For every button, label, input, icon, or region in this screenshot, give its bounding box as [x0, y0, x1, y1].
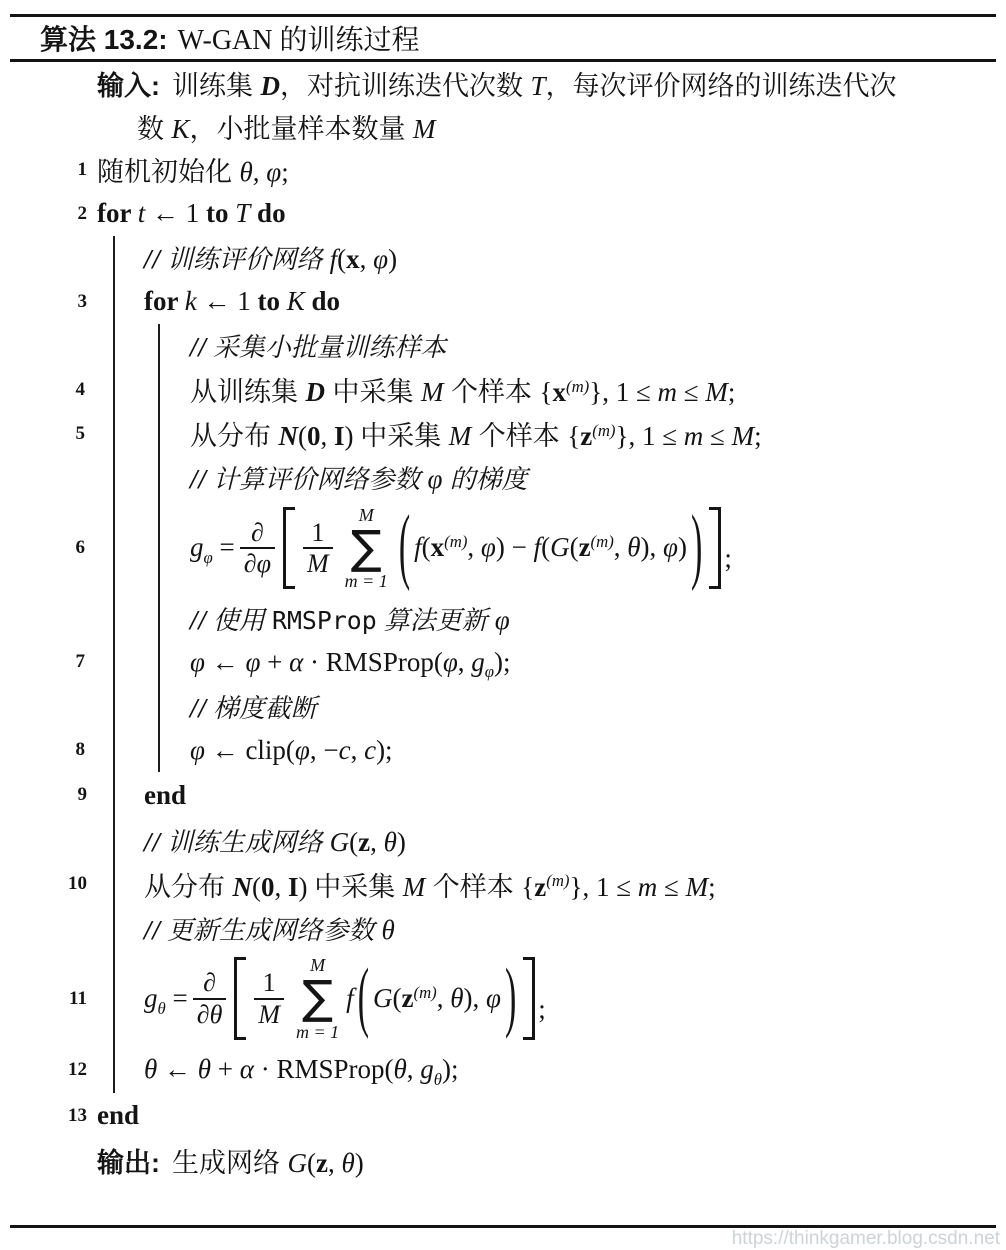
input-text-1: 训练集 D，对抗训练迭代次数 T，每次评价网络的训练迭代次 — [172, 64, 897, 103]
token: f — [534, 532, 542, 562]
comment-compute-critic-gradient: //计算评价网络参数 φ 的梯度 — [190, 456, 1006, 500]
line-content-4: 从训练集 D 中采集 M 个样本 {x(m)}, 1 ≤ m ≤ M; — [190, 370, 735, 409]
input-line-2: 数 K，小批量样本数量 M — [137, 105, 1006, 148]
line-number-6: 6 — [5, 537, 85, 559]
token: // — [190, 464, 207, 494]
token: g — [420, 1054, 434, 1084]
formula-11-inner: G(z(m), θ), φ — [373, 983, 501, 1014]
token: 训练评价网络 — [167, 246, 330, 274]
comment-update-generator-params: //更新生成网络参数 θ — [144, 906, 1006, 950]
formula-11-lhs: gθ = — [144, 983, 188, 1014]
line-content-9: end — [144, 780, 186, 811]
token: M — [413, 114, 436, 144]
token: z — [316, 1148, 328, 1178]
token: ); — [376, 735, 393, 765]
line-content-7: φ ← φ + α · RMSProp(φ, gφ); — [190, 647, 511, 678]
algo-line-4: 4 从训练集 D 中采集 M 个样本 {x(m)}, 1 ≤ m ≤ M; — [190, 368, 1006, 412]
comment-sample-minibatch: //采集小批量训练样本 — [190, 324, 1006, 368]
token: 0 — [307, 421, 321, 451]
line-number-2: 2 — [7, 203, 87, 225]
token: φ — [295, 735, 310, 765]
token: ≤ — [657, 872, 685, 902]
token: + — [260, 647, 289, 677]
token: ) − — [496, 532, 534, 562]
one-over-m-fraction: 1 M — [303, 518, 333, 579]
token: φ — [443, 647, 458, 677]
token: φ — [481, 532, 496, 562]
token: f — [346, 983, 354, 1013]
algo-line-1: 1 随机初始化 θ, φ; — [97, 148, 1006, 192]
token: // — [144, 827, 161, 857]
token: 0 — [261, 872, 275, 902]
token: = — [213, 532, 235, 562]
input-text-2: 数 K，小批量样本数量 M — [137, 107, 436, 146]
token: · RMSProp( — [254, 1054, 394, 1084]
token: { — [521, 872, 534, 902]
token: 梯度截断 — [213, 695, 317, 723]
line-number-10: 10 — [7, 873, 87, 895]
token: c — [339, 735, 351, 765]
token: · RMSProp( — [303, 647, 443, 677]
token: ( — [252, 872, 261, 902]
line-number-9: 9 — [7, 784, 87, 806]
token: // — [190, 605, 207, 635]
token: M — [421, 377, 444, 407]
token: ( — [422, 532, 431, 562]
token: W-GAN — [178, 25, 280, 56]
token: , — [351, 735, 365, 765]
line-content-2: for t ← 1 to T do — [97, 198, 286, 229]
token: 个样本 — [471, 421, 567, 451]
token: G — [373, 983, 393, 1013]
algorithm-title-row: 算法 13.2: W-GAN 的训练过程 — [0, 17, 1006, 59]
for-k-block: //采集小批量训练样本 4 从训练集 D 中采集 M 个样本 {x(m)}, 1… — [158, 324, 1006, 773]
algorithm-body: 1 随机初始化 θ, φ; 2 for t ← 1 to T do //训练评价… — [97, 148, 1006, 1139]
token: ← — [157, 1054, 198, 1084]
summation: M ∑ m = 1 — [296, 956, 339, 1041]
token: ( — [337, 244, 346, 274]
semicolon: ; — [724, 543, 732, 590]
token: // — [144, 244, 161, 274]
token: + — [211, 1054, 240, 1084]
algo-line-6-critic-gradient-formula: 6 gφ = ∂ ∂φ 1 M — [190, 500, 1006, 597]
token: { — [540, 377, 553, 407]
token: for — [144, 286, 185, 316]
token: K — [172, 114, 190, 144]
token: ，每次评价网络的训练迭代次 — [546, 71, 897, 101]
token: φ — [190, 735, 205, 765]
token: θ, φ — [240, 157, 282, 187]
partial-derivative-fraction: ∂ ∂φ — [240, 518, 275, 579]
big-right-paren: ) — [691, 500, 702, 595]
token: 的梯度 — [442, 466, 527, 494]
token: 使用 — [213, 607, 272, 635]
input-line-1: 输入: 训练集 D，对抗训练迭代次数 T，每次评价网络的训练迭代次 — [97, 62, 1006, 105]
output-block: 输出: 生成网络 G(z, θ) — [97, 1139, 1006, 1183]
token: , — [407, 1054, 421, 1084]
token: G — [288, 1148, 308, 1178]
algo-line-3-for-k: 3 for k ← 1 to K do — [144, 280, 1006, 324]
token: (m) — [591, 532, 614, 551]
token: ) — [355, 1148, 364, 1178]
token: ) — [299, 872, 315, 902]
token: end — [144, 780, 186, 810]
token: M — [403, 872, 426, 902]
token: 计算评价网络参数 — [213, 466, 427, 494]
token: 生成网络 — [172, 1148, 288, 1178]
token: for — [97, 198, 138, 228]
token: do — [257, 198, 286, 228]
token: ← — [205, 647, 246, 677]
algorithm-box: 算法 13.2: W-GAN 的训练过程 输入: 训练集 D，对抗训练迭代次数 … — [0, 0, 1006, 1250]
token: f — [414, 532, 422, 562]
token: 算法更新 — [377, 607, 495, 635]
token: m — [638, 872, 658, 902]
token: = — [166, 983, 188, 1013]
token: ), — [641, 532, 664, 562]
token: x — [553, 377, 567, 407]
line-number-11: 11 — [7, 988, 87, 1010]
token: (m) — [414, 983, 437, 1002]
algo-line-7: 7 φ ← φ + α · RMSProp(φ, gφ); — [190, 640, 1006, 684]
token: 中采集 — [314, 872, 403, 902]
token: φ — [245, 647, 260, 677]
input-block: 输入: 训练集 D，对抗训练迭代次数 T，每次评价网络的训练迭代次 数 K，小批… — [97, 62, 1006, 148]
token: c — [364, 735, 376, 765]
token: ( — [349, 827, 358, 857]
formula-6-inner: f(x(m), φ) − f(G(z(m), θ), φ) — [414, 532, 687, 563]
summation: M ∑ m = 1 — [345, 506, 388, 591]
token: 从训练集 — [190, 377, 306, 407]
token: φ — [663, 532, 678, 562]
token: I — [288, 872, 299, 902]
token: , — [360, 244, 374, 274]
token: D — [261, 71, 281, 101]
input-label: 输入: — [97, 64, 160, 103]
token: 从分布 — [144, 872, 233, 902]
sigma-symbol: ∑ — [302, 976, 333, 1020]
token: z — [534, 872, 546, 902]
comment-rmsprop-update-phi: //使用 RMSProp 算法更新 φ — [190, 596, 1006, 640]
token: } — [570, 872, 583, 902]
token: α — [240, 1054, 254, 1084]
algo-line-10: 10 从分布 N(0, I) 中采集 M 个样本 {z(m)}, 1 ≤ m ≤… — [144, 862, 1006, 906]
token: θ — [627, 532, 640, 562]
token: D — [306, 377, 326, 407]
line-content-3: for k ← 1 to K do — [144, 286, 340, 317]
token: ，小批量样本数量 — [190, 114, 414, 144]
token: do — [312, 286, 341, 316]
token: I — [334, 421, 345, 451]
token: M — [705, 377, 728, 407]
token: k — [185, 286, 197, 316]
big-left-paren: ( — [399, 500, 410, 595]
token: 更新生成网络参数 — [167, 917, 381, 945]
token: // — [144, 915, 161, 945]
token: } — [589, 377, 602, 407]
token: φ — [495, 605, 510, 635]
token: ); — [494, 647, 511, 677]
line-content-1: 随机初始化 θ, φ; — [97, 150, 289, 189]
token: M — [449, 421, 472, 451]
token: , — [473, 983, 487, 1013]
token: 的训练过程 — [279, 24, 419, 55]
token: ( — [393, 983, 402, 1013]
token: , — [458, 647, 472, 677]
token: RMSProp — [272, 606, 377, 635]
line-content-12: θ ← θ + α · RMSProp(θ, gθ); — [144, 1054, 458, 1085]
token: ( — [541, 532, 550, 562]
token: ( — [298, 421, 307, 451]
token: M — [732, 421, 755, 451]
token: 采集小批量训练样本 — [213, 334, 446, 362]
formula-6: gφ = ∂ ∂φ 1 M M — [190, 506, 732, 591]
comment-gradient-clipping: //梯度截断 — [190, 684, 1006, 728]
line-number-13: 13 — [7, 1105, 87, 1127]
token: θ — [381, 915, 394, 945]
big-left-paren: ( — [358, 955, 369, 1042]
token: , — [614, 532, 628, 562]
token: g — [471, 647, 485, 677]
algorithm-number-label: 算法 13.2: — [40, 18, 168, 58]
algo-line-11-generator-gradient-formula: 11 gθ = ∂ ∂θ 1 M M — [144, 950, 1006, 1047]
token: G — [550, 532, 570, 562]
token: φ — [485, 662, 494, 681]
token: 从分布 — [190, 421, 279, 451]
token: ) — [397, 827, 406, 857]
line-content-13: end — [97, 1100, 139, 1131]
token: M — [686, 872, 709, 902]
token: { — [567, 421, 580, 451]
token: ← clip( — [205, 735, 295, 765]
token: , 1 ≤ — [628, 421, 683, 451]
token: ← 1 — [197, 286, 258, 316]
token: z — [580, 421, 592, 451]
token: z — [402, 983, 414, 1013]
line-content-8: φ ← clip(φ, −c, c); — [190, 735, 393, 766]
token: θ — [198, 1054, 211, 1084]
token: (m) — [546, 871, 569, 890]
token: G — [330, 827, 350, 857]
line-number-8: 8 — [5, 739, 85, 761]
output-label: 输出: — [97, 1141, 160, 1180]
token: , — [467, 532, 481, 562]
token: N — [279, 421, 299, 451]
token: , — [328, 1148, 342, 1178]
line-number-1: 1 — [7, 159, 87, 181]
right-square-bracket — [523, 957, 535, 1040]
token: φ — [373, 244, 388, 274]
watermark-url: https://thinkgamer.blog.csdn.net — [732, 1228, 1000, 1250]
token: 随机初始化 — [97, 157, 240, 187]
token: φ — [427, 464, 442, 494]
token: 训练集 — [172, 71, 261, 101]
formula-11-f: f — [346, 983, 354, 1014]
token: , — [370, 827, 384, 857]
token: θ — [342, 1148, 355, 1178]
big-right-paren: ) — [505, 955, 516, 1042]
token: x — [431, 532, 445, 562]
token: α — [289, 647, 303, 677]
token: z — [579, 532, 591, 562]
comment-train-critic: //训练评价网络 f(x, φ) — [144, 236, 1006, 280]
token: θ — [434, 1070, 442, 1089]
token: T — [235, 198, 250, 228]
token: ) — [388, 244, 397, 274]
line-number-4: 4 — [5, 379, 85, 401]
algo-line-13-end: 13 end — [97, 1093, 1006, 1139]
token: ( — [307, 1148, 316, 1178]
token: φ — [190, 647, 205, 677]
token: 数 — [137, 114, 172, 144]
token: ，对抗训练迭代次数 — [280, 71, 531, 101]
algo-line-9-end: 9 end — [144, 772, 1006, 818]
token: , — [321, 421, 335, 451]
token: K — [287, 286, 305, 316]
token: θ — [384, 827, 397, 857]
token: 训练生成网络 — [167, 829, 330, 857]
token: θ — [393, 1054, 406, 1084]
one-over-m-fraction: 1 M — [254, 968, 284, 1029]
formula-6-lhs: gφ = — [190, 532, 235, 563]
token: m — [684, 421, 704, 451]
algo-line-12: 12 θ ← θ + α · RMSProp(θ, gθ); — [144, 1047, 1006, 1093]
sigma-symbol: ∑ — [351, 526, 382, 570]
comment-train-generator: //训练生成网络 G(z, θ) — [144, 818, 1006, 862]
line-number-5: 5 — [5, 423, 85, 445]
token: ; — [281, 157, 289, 187]
formula-11: gθ = ∂ ∂θ 1 M M ∑ m = 1 — [144, 956, 546, 1041]
right-square-bracket — [709, 507, 721, 590]
token: ) — [345, 421, 361, 451]
token: to — [257, 286, 280, 316]
token: , 1 ≤ — [582, 872, 637, 902]
token: ( — [570, 532, 579, 562]
token: 中采集 — [325, 377, 421, 407]
token: , — [275, 872, 289, 902]
token: g — [144, 983, 158, 1013]
token: 个样本 — [444, 377, 540, 407]
token: (m) — [444, 532, 467, 551]
token: , — [437, 983, 451, 1013]
partial-derivative-fraction: ∂ ∂θ — [193, 968, 227, 1029]
token: g — [190, 532, 204, 562]
token: (m) — [592, 421, 615, 440]
token: T — [531, 71, 546, 101]
token: ) — [464, 983, 473, 1013]
line-number-3: 3 — [7, 291, 87, 313]
token: θ — [158, 999, 166, 1018]
output-text: 生成网络 G(z, θ) — [172, 1141, 364, 1180]
token: 个样本 — [425, 872, 521, 902]
token: ; — [754, 421, 762, 451]
token — [280, 286, 287, 316]
algo-line-2-for-t: 2 for t ← 1 to T do — [97, 192, 1006, 236]
token: // — [190, 332, 207, 362]
token: ← 1 — [145, 198, 206, 228]
token: ) — [678, 532, 687, 562]
token: m — [658, 377, 678, 407]
token: N — [233, 872, 253, 902]
token: (m) — [566, 377, 589, 396]
algorithm-title-text: W-GAN 的训练过程 — [178, 18, 420, 58]
token: end — [97, 1100, 139, 1130]
token: // — [190, 693, 207, 723]
algo-line-8: 8 φ ← clip(φ, −c, c); — [190, 728, 1006, 772]
token: ; — [708, 872, 716, 902]
token: } — [616, 421, 629, 451]
left-square-bracket — [234, 957, 246, 1040]
token: x — [346, 244, 360, 274]
left-square-bracket — [283, 507, 295, 590]
line-number-12: 12 — [7, 1059, 87, 1081]
token: , 1 ≤ — [602, 377, 657, 407]
token: ≤ — [703, 421, 731, 451]
token: ≤ — [677, 377, 705, 407]
token: φ — [486, 983, 501, 1013]
token: θ — [144, 1054, 157, 1084]
line-content-5: 从分布 N(0, I) 中采集 M 个样本 {z(m)}, 1 ≤ m ≤ M; — [190, 414, 762, 453]
algo-line-5: 5 从分布 N(0, I) 中采集 M 个样本 {z(m)}, 1 ≤ m ≤ … — [190, 412, 1006, 456]
token: θ — [450, 983, 463, 1013]
line-number-7: 7 — [5, 651, 85, 673]
for-t-block: //训练评价网络 f(x, φ) 3 for k ← 1 to K do //采… — [113, 236, 1006, 1093]
token: to — [206, 198, 229, 228]
line-content-10: 从分布 N(0, I) 中采集 M 个样本 {z(m)}, 1 ≤ m ≤ M; — [144, 865, 716, 904]
token: z — [358, 827, 370, 857]
token: ); — [442, 1054, 459, 1084]
token: φ — [204, 548, 213, 567]
semicolon: ; — [538, 994, 546, 1041]
token — [305, 286, 312, 316]
token: ; — [728, 377, 736, 407]
token: , − — [310, 735, 339, 765]
token: 中采集 — [360, 421, 449, 451]
